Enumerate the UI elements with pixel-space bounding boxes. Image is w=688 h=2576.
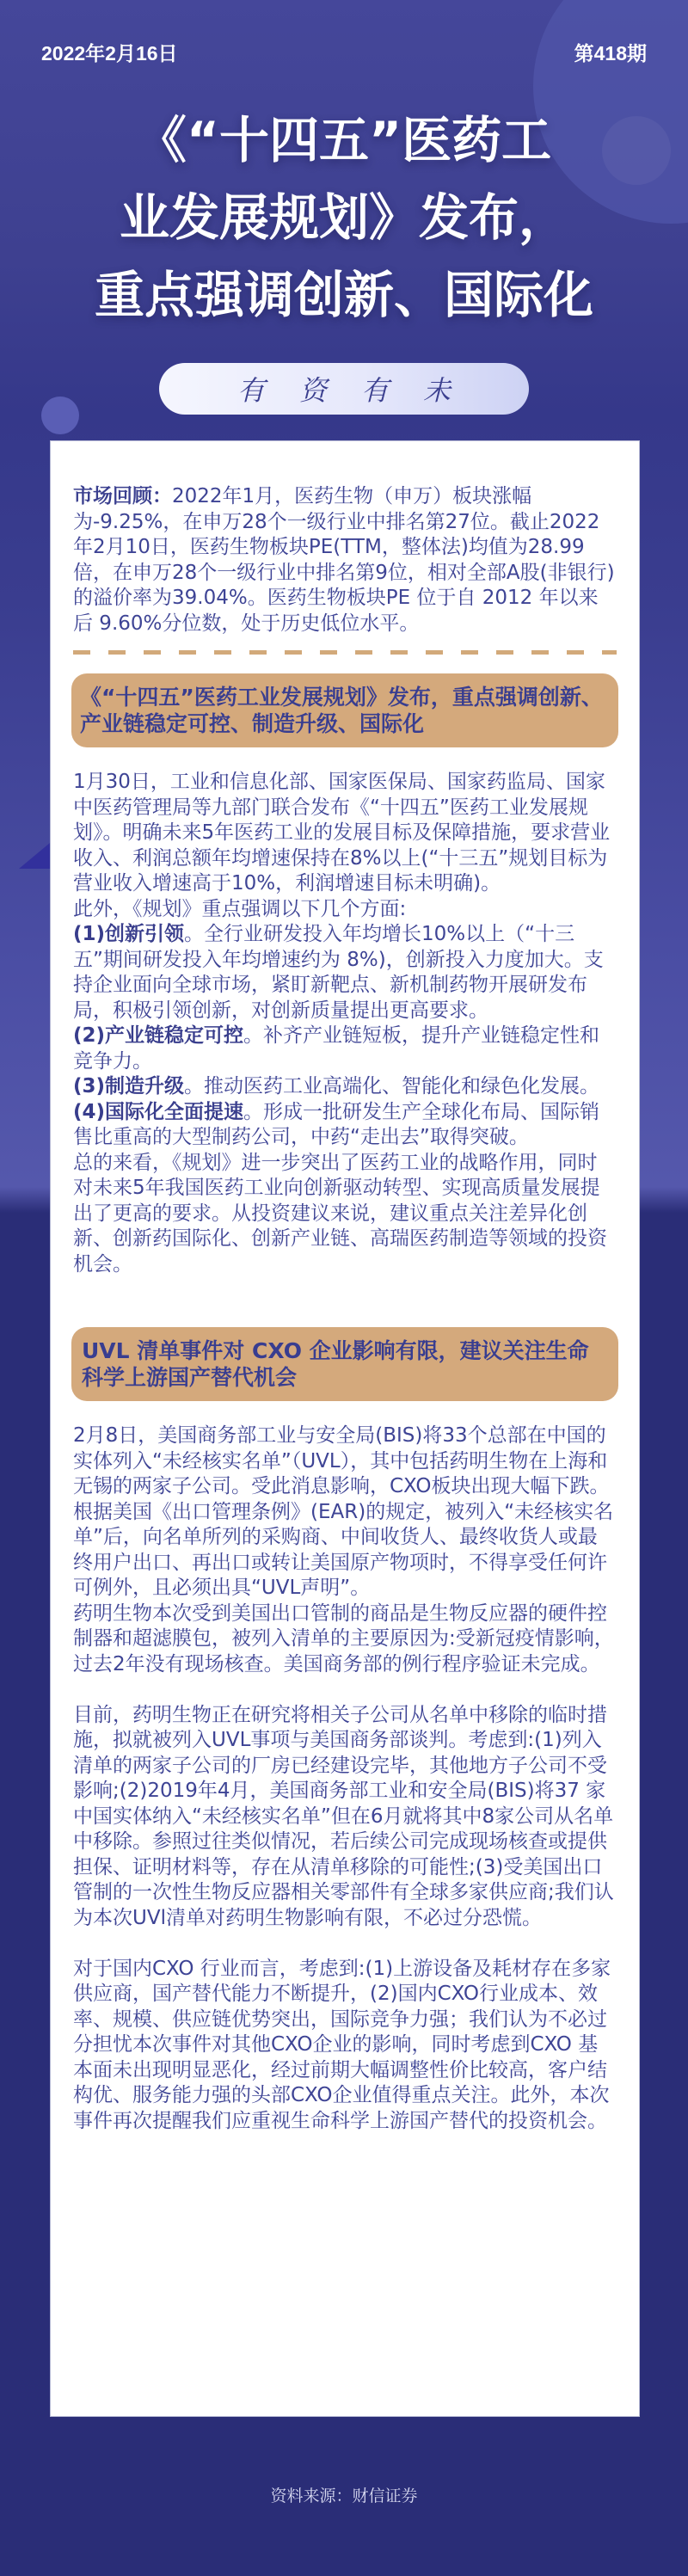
brand-pill: 有资有未 xyxy=(159,363,529,415)
uvl-paragraph-5: 对于国内CXO 行业而言，考虑到:(1)上游设备及耗材存在多家供应商，国产替代能… xyxy=(73,1957,617,2135)
uvl-paragraph-3: 药明生物本次受到美国出口管制的商品是生物反应器的硬件控制器和超滤膜包，被列入清单… xyxy=(73,1602,617,1678)
title-line-1: 《“十四五”医药工 xyxy=(69,101,619,179)
plan-point-4: (4)国际化全面提速。形成一批研发生产全球化布局、国际销售比重高的大型制药公司，… xyxy=(73,1100,617,1151)
header-bar: 2022年2月16日 第418期 xyxy=(41,38,647,66)
report-date: 2022年2月16日 xyxy=(41,38,178,66)
uvl-paragraph-2: 根据美国《出口管理条例》(EAR)的规定，被列入“未经核实名单”后，向名单所列的… xyxy=(73,1500,617,1602)
plan-point-2: (2)产业链稳定可控。补齐产业链短板，提升产业链稳定性和竞争力。 xyxy=(73,1024,617,1074)
brand-pill-label: 有资有未 xyxy=(237,369,485,409)
plan-point-3-label: (3)制造升级 xyxy=(73,1075,184,1097)
title-line-3: 重点强调创新、国际化 xyxy=(69,256,619,334)
plan-intro: 1月30日，工业和信息化部、国家医保局、国家药监局、国家中医药管理局等九部门联合… xyxy=(73,770,617,897)
plan-point-3-text: 。推动医药工业高端化、智能化和绿色化发展。 xyxy=(184,1075,599,1097)
uvl-paragraph-4: 目前，药明生物正在研究将相关子公司从名单中移除的临时措施，拟就被列入UVL事项与… xyxy=(73,1703,617,1932)
plan-point-1-label: (1)创新引领 xyxy=(73,923,184,945)
plan-lead-in: 此外，《规划》重点强调以下几个方面: xyxy=(73,897,617,923)
plan-summary: 总的来看，《规划》进一步突出了医药工业的战略作用，同时对未来5年我国医药工业向创… xyxy=(73,1151,617,1278)
content-card: 市场回顾：2022年1月，医药生物（申万）板块涨幅为-9.25%，在申万28个一… xyxy=(50,440,640,2417)
decorative-triangle xyxy=(19,843,50,869)
section-body-uvl: 2月8日，美国商务部工业与安全局(BIS)将33个总部在中国的实体列入“未经核实… xyxy=(73,1423,617,2134)
plan-point-2-label: (2)产业链稳定可控 xyxy=(73,1024,243,1047)
section-body-plan: 1月30日，工业和信息化部、国家医保局、国家药监局、国家中医药管理局等九部门联合… xyxy=(73,770,617,1277)
market-review-label: 市场回顾： xyxy=(73,485,172,507)
spacer xyxy=(73,1277,617,1308)
decorative-dot xyxy=(41,397,79,434)
source-footer: 资料来源：财信证券 xyxy=(0,2483,688,2506)
market-review-text: 2022年1月，医药生物（申万）板块涨幅为-9.25%，在申万28个一级行业中排… xyxy=(73,485,615,635)
report-page: 2022年2月16日 第418期 《“十四五”医药工 业发展规划》发布， 重点强… xyxy=(0,0,688,2576)
issue-number: 第418期 xyxy=(574,38,647,66)
plan-point-4-label: (4)国际化全面提速 xyxy=(73,1101,243,1123)
page-title: 《“十四五”医药工 业发展规划》发布， 重点强调创新、国际化 xyxy=(69,101,619,334)
spacer xyxy=(73,1677,617,1703)
uvl-paragraph-1: 2月8日，美国商务部工业与安全局(BIS)将33个总部在中国的实体列入“未经核实… xyxy=(73,1423,617,1500)
plan-point-1: (1)创新引领。全行业研发投入年均增长10%以上（“十三五”期间研发投入年均增速… xyxy=(73,922,617,1024)
spacer xyxy=(73,1931,617,1957)
plan-point-3: (3)制造升级。推动医药工业高端化、智能化和绿色化发展。 xyxy=(73,1074,617,1100)
section-heading-uvl: UVL 清单事件对 CXO 企业影响有限，建议关注生命科学上游国产替代机会 xyxy=(71,1327,618,1401)
dashed-divider xyxy=(73,650,617,655)
title-line-2: 业发展规划》发布， xyxy=(69,179,619,256)
market-review: 市场回顾：2022年1月，医药生物（申万）板块涨幅为-9.25%，在申万28个一… xyxy=(73,484,617,636)
section-heading-plan: 《“十四五”医药工业发展规划》发布，重点强调创新、产业链稳定可控、制造升级、国际… xyxy=(71,673,618,747)
